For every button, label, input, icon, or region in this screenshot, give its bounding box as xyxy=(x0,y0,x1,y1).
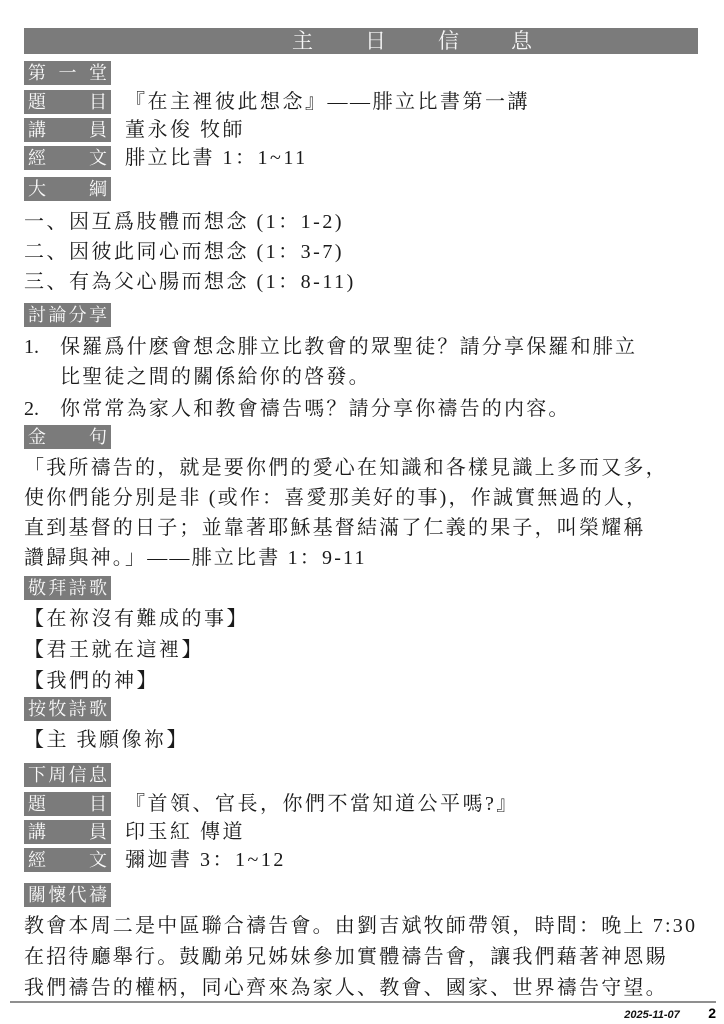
section-label-discussion-text: 討論分享 xyxy=(28,305,107,325)
next-week-speaker-label: 講員 xyxy=(24,820,111,844)
section-label-first-service-text: 第一堂 xyxy=(28,63,107,83)
footer-date: 2025-11-07 xyxy=(624,1009,679,1021)
worship-song-2: 【君王就在這裡】 xyxy=(24,635,698,666)
next-week-topic-label-text: 題目 xyxy=(28,794,107,814)
discussion-item-2: 2. 你常常為家人和教會禱告嗎？請分享你禱告的内容。 xyxy=(24,394,698,424)
speaker-label-text: 講員 xyxy=(28,120,107,140)
section-label-next-week: 下周信息 xyxy=(24,763,111,787)
discussion-item-1-number: 1. xyxy=(24,332,60,362)
discussion-item-2-number: 2. xyxy=(24,394,60,424)
topic-label-text: 題目 xyxy=(28,92,107,112)
section-label-discussion: 討論分享 xyxy=(24,303,111,327)
scripture-label-text: 經文 xyxy=(28,148,107,168)
care-prayer-text: 教會本周二是中區聯合禱告會。由劉吉斌牧師帶領，時間：晚上 7:30 在招待廳舉行… xyxy=(24,911,698,1004)
golden-verse-text: 「我所禱告的，就是要你們的愛心在知識和各樣見識上多而又多， 使你們能分別是非 (… xyxy=(24,453,698,573)
speaker-label: 講員 xyxy=(24,118,111,142)
section-label-first-service: 第一堂 xyxy=(24,61,111,85)
section-label-worship-songs-text: 敬拜詩歌 xyxy=(28,578,107,598)
footer-page-number: 2 xyxy=(708,1005,716,1021)
outline-item-2: 二、因彼此同心而想念 (1：3-7) xyxy=(24,237,698,267)
next-week-row-scripture: 經文 彌迦書 3：1~12 xyxy=(24,848,698,873)
section-label-care-prayer-text: 關懷代禱 xyxy=(28,885,107,905)
info-row-scripture: 經文 腓立比書 1：1~11 xyxy=(24,146,698,171)
next-week-scripture-value: 彌迦書 3：1~12 xyxy=(125,848,286,873)
next-week-scripture-label-text: 經文 xyxy=(28,850,107,870)
next-week-row-topic: 題目 『首領、官長，你們不當知道公平嗎?』 xyxy=(24,792,698,817)
next-week-speaker-value: 印玉紅 傳道 xyxy=(125,820,245,845)
footer: 2025-11-07 2 xyxy=(10,1001,716,1023)
section-label-next-week-text: 下周信息 xyxy=(28,765,107,785)
section-label-golden-verse: 金句 xyxy=(24,425,111,449)
worship-song-1: 【在祢沒有難成的事】 xyxy=(24,604,698,635)
next-week-row-speaker: 講員 印玉紅 傳道 xyxy=(24,820,698,845)
outline-item-3: 三、有為父心腸而想念 (1：8-11) xyxy=(24,267,698,297)
section-label-outline: 大綱 xyxy=(24,177,111,201)
bulletin-page: 主日信息 第一堂 題目 『在主裡彼此想念』——腓立比書第一講 講員 董永俊 牧師… xyxy=(0,0,724,1024)
discussion-item-1: 1. 保羅爲什麽會想念腓立比教會的眾聖徒？請分享保羅和腓立 比聖徒之間的關係給你… xyxy=(24,332,698,392)
info-row-speaker: 講員 董永俊 牧師 xyxy=(24,118,698,143)
next-week-topic-value: 『首領、官長，你們不當知道公平嗎?』 xyxy=(125,792,519,817)
section-label-outline-text: 大綱 xyxy=(28,179,107,199)
worship-song-3: 【我們的神】 xyxy=(24,666,698,697)
page-title: 主日信息 xyxy=(24,28,698,54)
section-label-care-prayer: 關懷代禱 xyxy=(24,883,111,907)
next-week-scripture-label: 經文 xyxy=(24,848,111,872)
discussion-item-1-text: 保羅爲什麽會想念腓立比教會的眾聖徒？請分享保羅和腓立 比聖徒之間的關係給你的啓發… xyxy=(60,332,637,392)
section-label-worship-songs: 敬拜詩歌 xyxy=(24,576,111,600)
topic-label: 題目 xyxy=(24,90,111,114)
info-row-topic: 題目 『在主裡彼此想念』——腓立比書第一講 xyxy=(24,90,698,115)
section-label-ordination-songs-text: 按牧詩歌 xyxy=(28,699,107,719)
section-label-golden-verse-text: 金句 xyxy=(28,427,107,447)
scripture-label: 經文 xyxy=(24,146,111,170)
topic-value: 『在主裡彼此想念』——腓立比書第一講 xyxy=(125,90,530,115)
section-label-ordination-songs: 按牧詩歌 xyxy=(24,697,111,721)
scripture-value: 腓立比書 1：1~11 xyxy=(125,146,308,171)
outline-item-1: 一、因互爲肢體而想念 (1：1-2) xyxy=(24,207,698,237)
speaker-value: 董永俊 牧師 xyxy=(125,118,245,143)
next-week-speaker-label-text: 講員 xyxy=(28,822,107,842)
next-week-topic-label: 題目 xyxy=(24,792,111,816)
ordination-song-1: 【主 我願像祢】 xyxy=(24,725,698,756)
discussion-item-2-text: 你常常為家人和教會禱告嗎？請分享你禱告的内容。 xyxy=(60,394,571,424)
